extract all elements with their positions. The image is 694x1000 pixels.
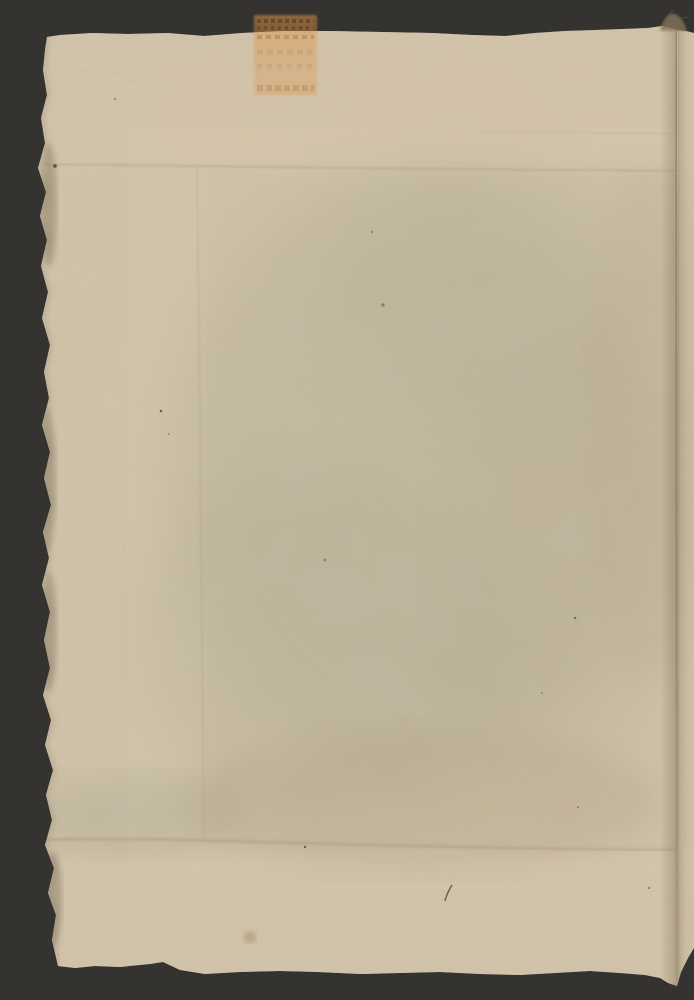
brown-blot	[244, 931, 256, 943]
manuscript-scan	[0, 0, 694, 1000]
adjacent-leaf-sliver	[678, 28, 694, 990]
paper-surface	[30, 20, 694, 1000]
scan-viewport	[0, 0, 694, 1000]
faded-orange-stamp	[254, 15, 317, 95]
gutter-shadow	[660, 25, 677, 990]
